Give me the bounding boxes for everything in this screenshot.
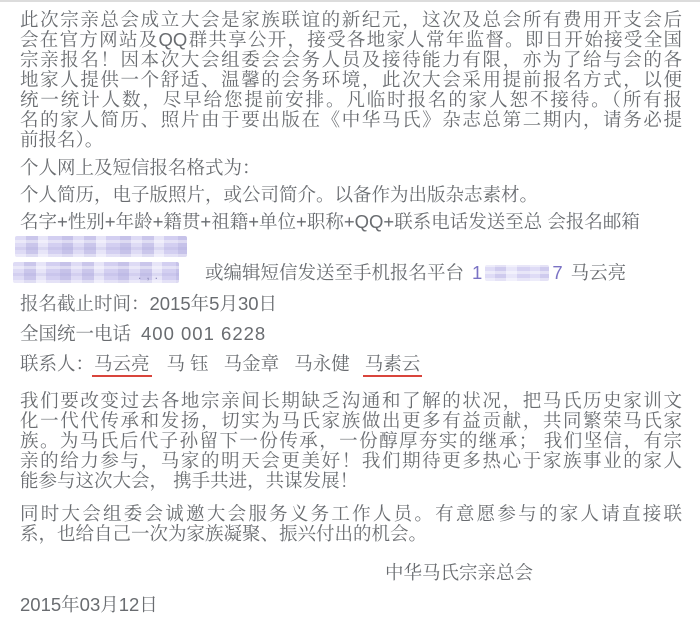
- organization-signature: 中华马氏宗亲总会: [20, 562, 682, 583]
- paragraph-line: 此次宗亲总会成立大会是家族联谊的新纪元，这次及总会所有费用开支会后: [20, 10, 682, 30]
- signup-format-fields: 名字+性别+年龄+籍贯+祖籍+单位+职称+QQ+联系电话发送至总 会报名邮箱: [20, 211, 682, 232]
- contact-name-underlined: 马素云: [363, 353, 423, 377]
- contact-name-underlined: 马云亮: [92, 353, 152, 377]
- announcement-body: 此次宗亲总会成立大会是家族联谊的新纪元，这次及总会所有费用开支会后 会在官方网站…: [0, 2, 700, 615]
- redacted-address-blur: .,.: [13, 262, 179, 283]
- signup-format-desc: 个人简历，电子版照片，或公司简介。以备作为出版杂志素材。: [20, 184, 682, 205]
- phone-last-digit: 7: [552, 262, 562, 283]
- hotline-line: 全国统一电话400 001 6228: [20, 323, 682, 344]
- sms-phone-number: 17: [472, 262, 563, 283]
- redacted-email-blur: [15, 236, 187, 257]
- hotline-number: 400 001 6228: [141, 323, 266, 344]
- paragraph-line: 会在官方网站及QQ群共享公开，接受各地家人常年监督。即日开始接受全国: [20, 30, 682, 50]
- paragraph-line: 系，也给自己一次为家族凝聚、振兴付出的机会。: [20, 524, 682, 544]
- paragraph-line: 统一统计人数，尽早给您提前安排。凡临时报名的家人恕不接待。（所有报: [20, 90, 682, 110]
- sms-prefix-text: 或编辑短信发送至手机报名平台: [205, 262, 464, 283]
- volunteer-paragraph: 同时大会组委会诚邀大会服务义务工作人员。有意愿参与的家人请直接联 系，也给自己一…: [20, 504, 682, 544]
- document-date: 2015年03月12日: [20, 594, 682, 615]
- paragraph-line: 能参与这次大会， 携手共进，共谋发展！: [20, 471, 682, 491]
- paragraph-line: 我们要改变过去各地宗亲间长期缺乏沟通和了解的状况，把马氏历史家训文: [20, 391, 682, 411]
- sms-contact-name: 马云亮: [571, 262, 627, 283]
- contact-name: 马金章: [224, 353, 280, 374]
- contacts-line: 联系人：马云亮马 钰马金章马永健马素云: [20, 353, 682, 377]
- paragraph-line: 地家人提供一个舒适、温馨的会务环境，此次大会采用提前报名方式，以便: [20, 70, 682, 90]
- document-page: 此次宗亲总会成立大会是家族联谊的新纪元，这次及总会所有费用开支会后 会在官方网站…: [0, 0, 700, 624]
- contact-name: 马 钰: [167, 353, 209, 374]
- redaction-remnant-dots: .,.: [138, 264, 163, 286]
- paragraph-line: 同时大会组委会诚邀大会服务义务工作人员。有意愿参与的家人请直接联: [20, 504, 682, 524]
- paragraph-line: 化一代代传承和发扬，切实为马氏家族做出更多有益贡献，共同繁荣马氏家: [20, 411, 682, 431]
- contact-name: 马永健: [294, 353, 350, 374]
- vision-paragraph: 我们要改变过去各地宗亲间长期缺乏沟通和了解的状况，把马氏历史家训文 化一代代传承…: [20, 391, 682, 491]
- redacted-email-row: [20, 236, 682, 257]
- sms-signup-line: .,.或编辑短信发送至手机报名平台17马云亮: [20, 262, 682, 284]
- signup-format-title: 个人网上及短信报名格式为：: [20, 157, 682, 178]
- hotline-label: 全国统一电话: [20, 323, 131, 344]
- contacts-label: 联系人：: [20, 353, 94, 374]
- paragraph-line: 名的家人简历、照片由于要出版在《中华马氏》杂志总第二期内，请务必提: [20, 110, 682, 130]
- phone-first-digit: 1: [472, 262, 482, 283]
- paragraph-line: 前报名）。: [20, 130, 682, 150]
- paragraph-line: 宗亲报名！因本次大会组委会会务人员及接待能力有限，亦为了给与会的各: [20, 50, 682, 70]
- paragraph-line: 族。为马氏后代子孙留下一份传承，一份醇厚夯实的继承； 我们坚信，有宗: [20, 431, 682, 451]
- redacted-phone-blur: [485, 265, 549, 281]
- intro-paragraph: 此次宗亲总会成立大会是家族联谊的新纪元，这次及总会所有费用开支会后 会在官方网站…: [20, 10, 682, 150]
- deadline-line: 报名截止时间：2015年5月30日: [20, 293, 682, 314]
- paragraph-line: 亲的给力参与，马家的明天会更美好！我们期待更多热心于家族事业的家人: [20, 451, 682, 471]
